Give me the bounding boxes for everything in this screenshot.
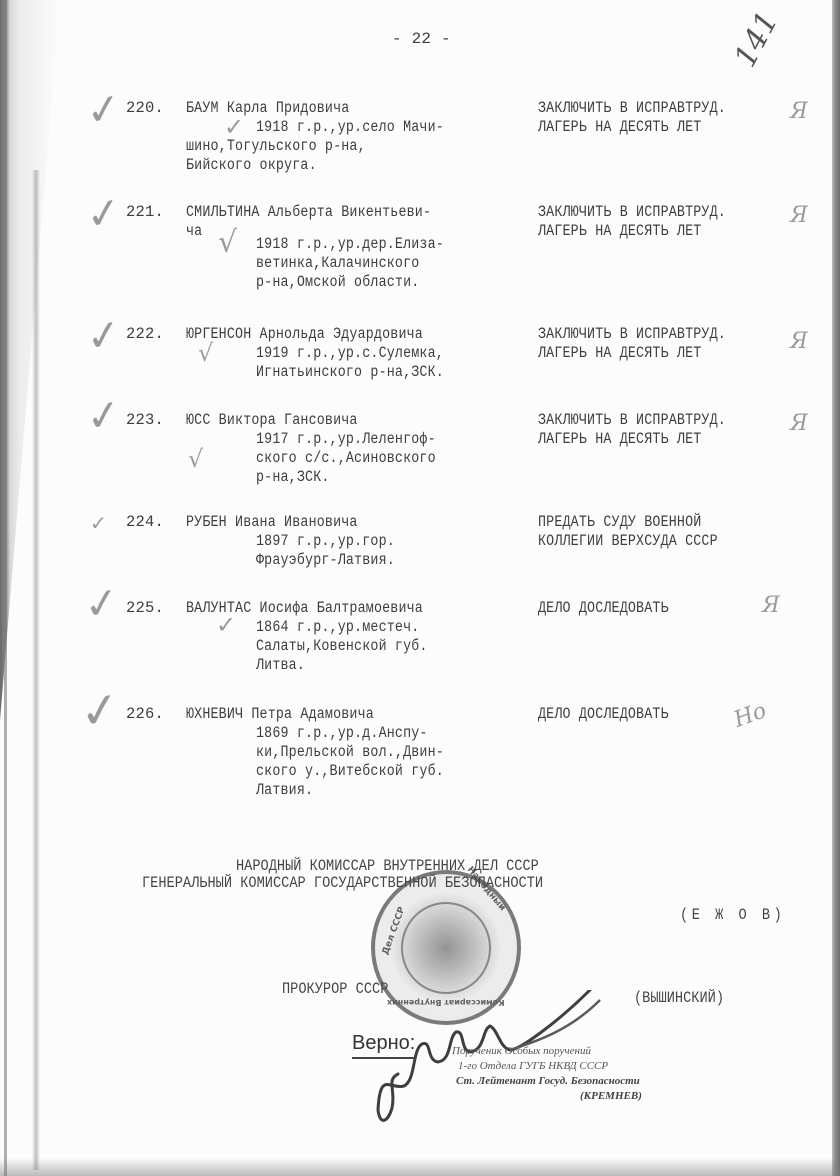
- scan-right-edge: [832, 0, 840, 1176]
- details-line: 1918 г.р.,ур.село Мачи-: [256, 118, 444, 137]
- entry-details: 1864 г.р.,ур.местеч. Салаты,Ковенской гу…: [256, 618, 456, 675]
- details-line: ки,Прельской вол.,Двин-: [256, 743, 444, 762]
- details-line: р-на,ЗСК.: [256, 468, 436, 487]
- scan-fold-shadow: [0, 0, 60, 720]
- small-check-icon: √: [198, 339, 213, 367]
- entry-details: 1918 г.р.,ур.село Мачи- шино,Тогульского…: [256, 118, 475, 175]
- pencil-check-icon: ✓: [90, 511, 107, 535]
- details-line: 1897 г.р.,ур.гор.: [256, 532, 395, 551]
- pencil-check-icon: ✓: [76, 680, 124, 741]
- entry-name: ЮХНЕВИЧ Петра Адамовича: [186, 705, 374, 724]
- prosecutor-name: (ВЫШИНСКИЙ): [634, 989, 724, 1007]
- scan-bottom-edge: [0, 1158, 840, 1176]
- verdict-line: ЛАГЕРЬ НА ДЕСЯТЬ ЛЕТ: [538, 430, 726, 449]
- approval-mark: Но: [731, 698, 770, 733]
- entry-name: БАУМ Карла Придовича: [186, 99, 349, 118]
- certification-line2: 1-го Отдела ГУГБ НКВД СССР: [458, 1060, 608, 1072]
- pencil-check-icon: ✓: [83, 187, 125, 240]
- entry-name: РУБЕН Ивана Ивановича: [186, 513, 358, 532]
- verdict-line: ЗАКЛЮЧИТЬ В ИСПРАВТРУД.: [538, 325, 726, 344]
- entry-details: 1869 г.р.,ур.д.Анспу- ки,Прельской вол.,…: [256, 724, 475, 800]
- verdict-line: ДЕЛО ДОСЛЕДОВАТЬ: [538, 599, 669, 618]
- entry-number: 220.: [126, 99, 164, 118]
- nkvd-title-line2: ГЕНЕРАЛЬНЫЙ КОМИССАР ГОСУДАРСТВЕННОЙ БЕЗ…: [142, 874, 543, 892]
- details-line: 1869 г.р.,ур.д.Анспу-: [256, 724, 444, 743]
- approval-mark: Я: [790, 203, 808, 228]
- entry-verdict: ЗАКЛЮЧИТЬ В ИСПРАВТРУД. ЛАГЕРЬ НА ДЕСЯТЬ…: [538, 99, 757, 137]
- entry-verdict: ДЕЛО ДОСЛЕДОВАТЬ: [538, 599, 690, 618]
- certification-name: (КРЕМНЕВ): [580, 1090, 642, 1102]
- entry-number: 221.: [126, 203, 164, 222]
- details-line: Игнатьинского р-на,ЗСК.: [256, 363, 444, 382]
- small-check-icon: √: [188, 445, 203, 473]
- entry-details: 1897 г.р.,ур.гор. Фрауэбург-Латвия.: [256, 532, 418, 570]
- small-check-icon: ✓: [216, 611, 236, 639]
- approval-mark: Я: [790, 329, 808, 354]
- entry-details: 1918 г.р.,ур.дер.Елиза- ветинка,Калачинс…: [256, 235, 475, 292]
- pencil-check-icon: ✓: [83, 309, 125, 362]
- details-line: Фрауэбург-Латвия.: [256, 551, 395, 570]
- stamp-emblem: [401, 902, 491, 994]
- approval-mark: Я: [790, 411, 808, 436]
- entry-name-continuation: ча: [186, 222, 202, 241]
- nkvd-title-line1: НАРОДНЫЙ КОМИССАР ВНУТРЕННИХ ДЕЛ СССР: [236, 857, 539, 875]
- verdict-line: ДЕЛО ДОСЛЕДОВАТЬ: [538, 705, 669, 724]
- entry-verdict: ЗАКЛЮЧИТЬ В ИСПРАВТРУД. ЛАГЕРЬ НА ДЕСЯТЬ…: [538, 411, 757, 449]
- details-line: Бийского округа.: [186, 156, 374, 175]
- small-check-icon: √: [218, 225, 237, 260]
- details-line: шино,Тогульского р-на,: [186, 137, 374, 156]
- details-line: Литва.: [256, 656, 428, 675]
- entry-verdict: ЗАКЛЮЧИТЬ В ИСПРАВТРУД. ЛАГЕРЬ НА ДЕСЯТЬ…: [538, 203, 757, 241]
- entry-name: ЮРГЕНСОН Арнольда Эдуардовича: [186, 325, 423, 344]
- entry-name: СМИЛЬТИНА Альберта Викентьеви-: [186, 203, 431, 222]
- certified-label: Верно:: [352, 1032, 415, 1059]
- verdict-line: ЛАГЕРЬ НА ДЕСЯТЬ ЛЕТ: [538, 344, 726, 363]
- pencil-check-icon: ✓: [83, 83, 125, 136]
- entry-verdict: ПРЕДАТЬ СУДУ ВОЕННОЙ КОЛЛЕГИИ ВЕРХСУДА С…: [538, 513, 747, 551]
- document-page: - 22 - 141 ✓ 220. БАУМ Карла Придовича ✓…: [0, 0, 840, 1176]
- verdict-line: ПРЕДАТЬ СУДУ ВОЕННОЙ: [538, 513, 718, 532]
- verdict-line: КОЛЛЕГИИ ВЕРХСУДА СССР: [538, 532, 718, 551]
- entry-verdict: ДЕЛО ДОСЛЕДОВАТЬ: [538, 705, 690, 724]
- details-line: ского с/с.,Асиновского: [256, 449, 436, 468]
- certification-line1: Порученик Особых поручений: [452, 1045, 591, 1057]
- certification-line3: Ст. Лейтенант Госуд. Безопасности: [456, 1075, 640, 1087]
- details-line: 1864 г.р.,ур.местеч.: [256, 618, 428, 637]
- approval-mark: Я: [790, 99, 808, 124]
- entry-number: 223.: [126, 411, 164, 430]
- details-line: 1918 г.р.,ур.дер.Елиза-: [256, 235, 444, 254]
- verdict-line: ЗАКЛЮЧИТЬ В ИСПРАВТРУД.: [538, 411, 726, 430]
- approval-mark: Я: [762, 593, 780, 618]
- entry-details: 1917 г.р.,ур.Леленгоф- ского с/с.,Асинов…: [256, 430, 465, 487]
- details-line: ветинка,Калачинского: [256, 254, 444, 273]
- details-line: 1917 г.р.,ур.Леленгоф-: [256, 430, 436, 449]
- entry-number: 224.: [126, 513, 164, 532]
- page-number: - 22 -: [392, 30, 451, 49]
- nkvd-name: (Е Ж О В): [680, 906, 785, 924]
- entry-verdict: ЗАКЛЮЧИТЬ В ИСПРАВТРУД. ЛАГЕРЬ НА ДЕСЯТЬ…: [538, 325, 757, 363]
- entry-details: 1919 г.р.,ур.с.Сулемка, Игнатьинского р-…: [256, 344, 475, 382]
- verdict-line: ЗАКЛЮЧИТЬ В ИСПРАВТРУД.: [538, 99, 726, 118]
- details-line: Салаты,Ковенской губ.: [256, 637, 428, 656]
- verdict-line: ЗАКЛЮЧИТЬ В ИСПРАВТРУД.: [538, 203, 726, 222]
- entry-number: 222.: [126, 325, 164, 344]
- details-line: р-на,Омской области.: [256, 273, 444, 292]
- pencil-check-icon: ✓: [83, 389, 125, 442]
- sheet-number-handwritten: 141: [728, 6, 786, 73]
- pencil-check-icon: ✓: [81, 577, 123, 630]
- entry-number: 225.: [126, 599, 164, 618]
- scan-left-edge: [4, 0, 7, 1176]
- entry-name: ЮСС Виктора Гансовича: [186, 411, 358, 430]
- entry-number: 226.: [126, 705, 164, 724]
- verdict-line: ЛАГЕРЬ НА ДЕСЯТЬ ЛЕТ: [538, 118, 726, 137]
- details-line: Латвия.: [256, 781, 444, 800]
- details-line: 1919 г.р.,ур.с.Сулемка,: [256, 344, 444, 363]
- verdict-line: ЛАГЕРЬ НА ДЕСЯТЬ ЛЕТ: [538, 222, 726, 241]
- details-line: ского у.,Витебской губ.: [256, 762, 444, 781]
- scan-fold-line: [32, 170, 40, 1170]
